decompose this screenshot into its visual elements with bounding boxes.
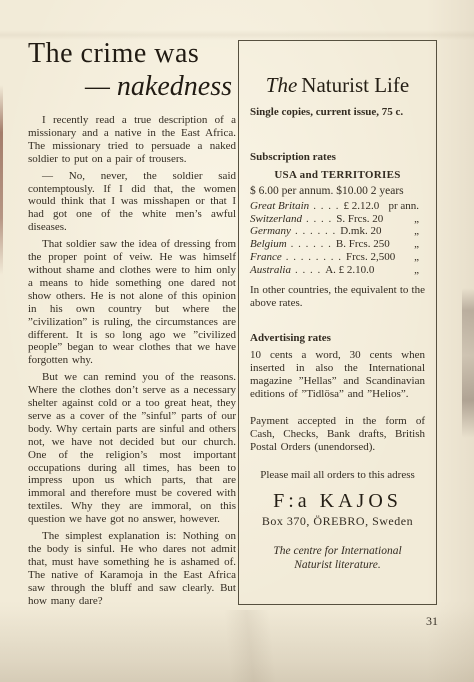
usa-territories-label: USA and TERRITORIES bbox=[250, 169, 425, 182]
box-title: TheNaturist Life bbox=[250, 79, 425, 92]
article-paragraph: That soldier saw the idea of dressing fr… bbox=[28, 238, 236, 367]
naturist-life-info-box: TheNaturist Life Single copies, current … bbox=[238, 40, 437, 605]
rate-row-australia: Australia . . . . A. £ 2.10.0 „ bbox=[250, 264, 425, 277]
rate-leader-dots: . . . . bbox=[295, 264, 321, 277]
rate-amount: A. £ 2.10.0 bbox=[325, 264, 374, 277]
usa-price-line: $ 6.00 per annum. $10.00 2 years bbox=[250, 185, 425, 198]
rate-amount: S. Frcs. 20 bbox=[336, 213, 383, 226]
rate-row-france: France . . . . . . . . Frcs. 2,500 „ bbox=[250, 251, 425, 264]
rate-country: Germany bbox=[250, 225, 291, 238]
box-title-rest: Naturist Life bbox=[301, 73, 409, 97]
rate-leader-dots: . . . . bbox=[306, 213, 332, 226]
rate-unit: „ bbox=[414, 213, 425, 226]
other-countries-note: In other countries, the equivalent to th… bbox=[250, 284, 425, 310]
rate-row-great-britain: Great Britain . . . . £ 2.12.0 pr ann. bbox=[250, 200, 425, 213]
paper-crease-bottom bbox=[0, 610, 474, 682]
advertising-rates-heading: Advertising rates bbox=[250, 332, 425, 345]
tagline-line2: Naturist literature. bbox=[250, 558, 425, 572]
company-address: Box 370, ÖREBRO, Sweden bbox=[250, 515, 425, 528]
rate-unit: „ bbox=[414, 238, 425, 251]
article-paragraph: The simplest explanation is: Nothing on … bbox=[28, 530, 236, 607]
rate-unit: „ bbox=[414, 264, 425, 277]
rate-row-switzerland: Switzerland . . . . S. Frcs. 20 „ bbox=[250, 213, 425, 226]
subscription-rates-table: Great Britain . . . . £ 2.12.0 pr ann. S… bbox=[250, 200, 425, 276]
company-tagline: The centre for International Naturist li… bbox=[250, 544, 425, 572]
headline-line2: — nakedness bbox=[28, 70, 236, 104]
rate-unit: „ bbox=[414, 225, 425, 238]
rate-amount: Frcs. 2,500 bbox=[346, 251, 395, 264]
advertising-rates-text: 10 cents a word, 30 cents when inserted … bbox=[250, 349, 425, 401]
rate-amount: D.mk. 20 bbox=[340, 225, 381, 238]
rate-unit: „ bbox=[414, 251, 425, 264]
payment-note: Payment accepted in the form of Cash, Ch… bbox=[250, 415, 425, 454]
rate-leader-dots: . . . . . . bbox=[291, 238, 332, 251]
rate-country: Belgium bbox=[250, 238, 287, 251]
rate-row-belgium: Belgium . . . . . . B. Frcs. 250 „ bbox=[250, 238, 425, 251]
tagline-line1: The centre for International bbox=[250, 544, 425, 558]
article-paragraph: But we can remind you of the reasons. Wh… bbox=[28, 371, 236, 526]
rate-country: Australia bbox=[250, 264, 291, 277]
single-copy-price: Single copies, current issue, 75 c. bbox=[250, 106, 425, 119]
company-name: F:a KAJOS bbox=[250, 495, 425, 508]
headline-line1: The crime was bbox=[28, 38, 236, 70]
article-paragraph: — No, never, the soldier said contemptou… bbox=[28, 170, 236, 235]
rate-leader-dots: . . . . . . bbox=[295, 225, 336, 238]
right-edge-shadow bbox=[462, 288, 474, 438]
box-title-the: The bbox=[266, 73, 298, 97]
article-headline: The crime was — nakedness bbox=[28, 38, 236, 104]
article-column: The crime was — nakedness I recently rea… bbox=[28, 38, 236, 612]
rate-unit: pr ann. bbox=[388, 200, 425, 213]
rate-row-germany: Germany . . . . . . D.mk. 20 „ bbox=[250, 225, 425, 238]
rate-amount: B. Frcs. 250 bbox=[336, 238, 390, 251]
rate-amount: £ 2.12.0 bbox=[343, 200, 379, 213]
page-number: 31 bbox=[426, 614, 438, 629]
mail-orders-note: Please mail all orders to this adress bbox=[250, 469, 425, 482]
article-paragraph: I recently read a true description of a … bbox=[28, 114, 236, 166]
rate-country: Switzerland bbox=[250, 213, 302, 226]
left-edge-shadow bbox=[0, 85, 3, 275]
subscription-rates-heading: Subscription rates bbox=[250, 151, 425, 164]
rate-country: France bbox=[250, 251, 282, 264]
magazine-page: The crime was — nakedness I recently rea… bbox=[0, 0, 474, 682]
rate-leader-dots: . . . . bbox=[313, 200, 339, 213]
rate-leader-dots: . . . . . . . . bbox=[286, 251, 342, 264]
rate-country: Great Britain bbox=[250, 200, 309, 213]
